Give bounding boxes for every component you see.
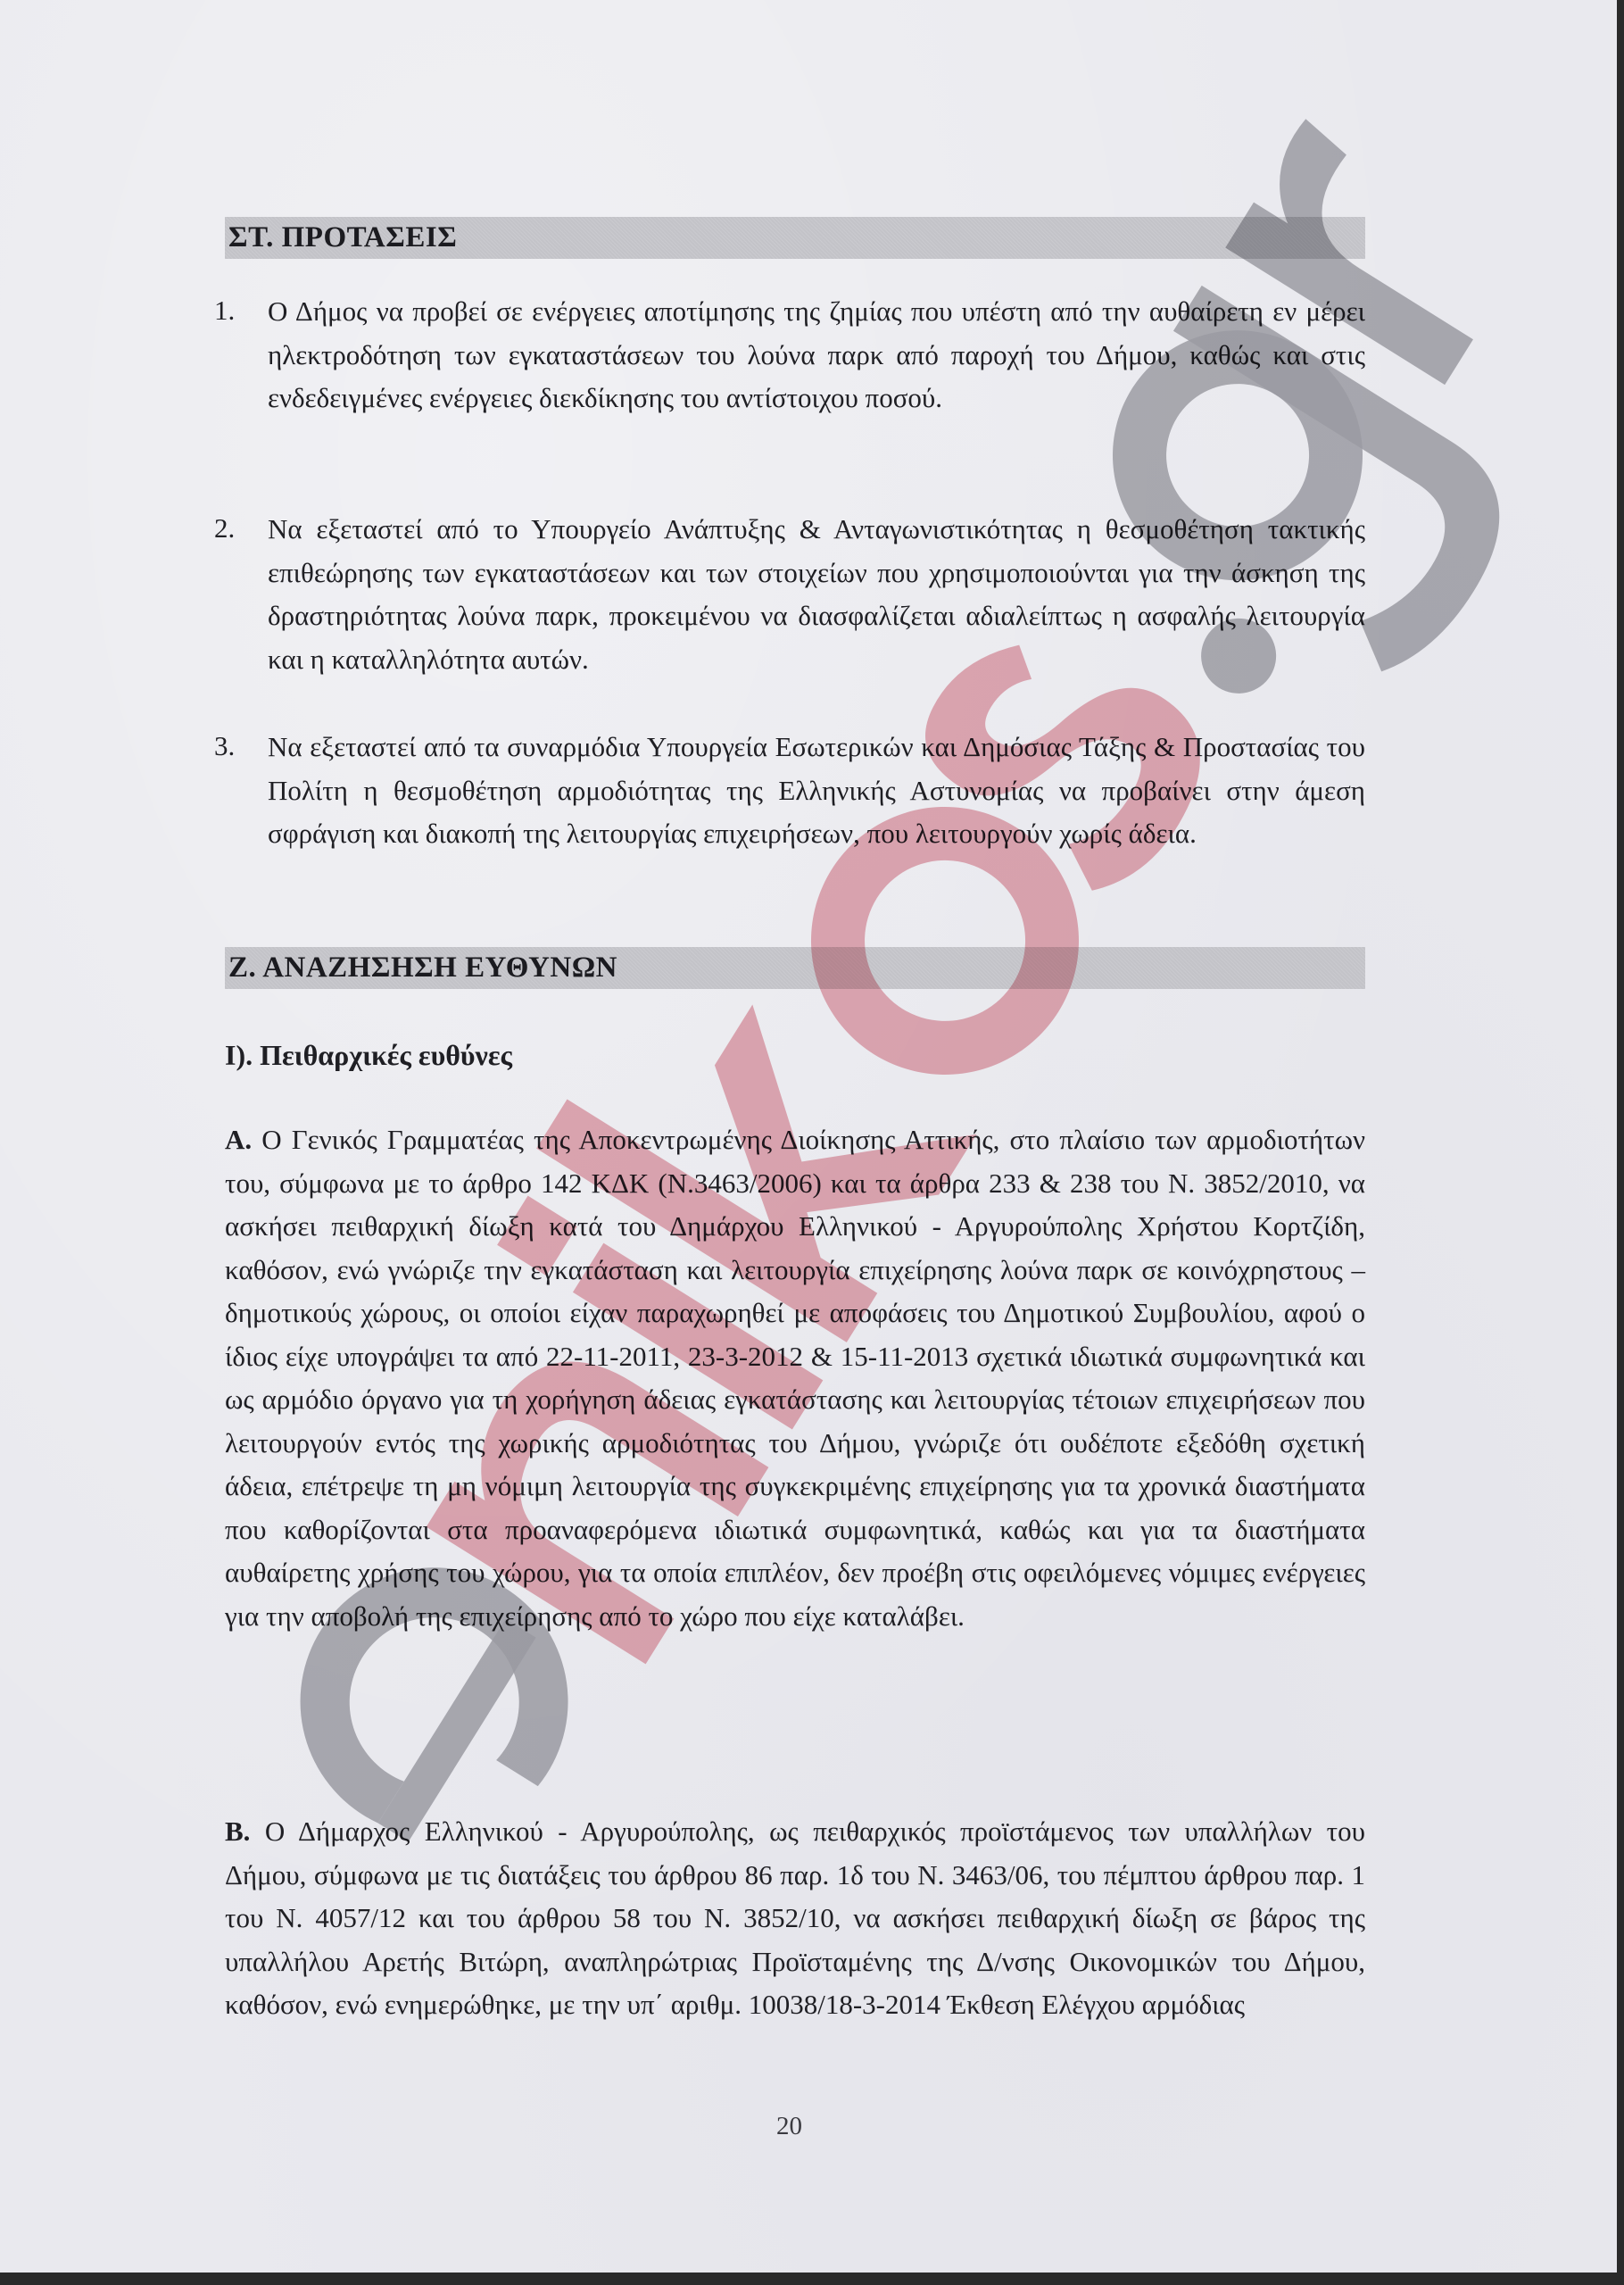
item-text: Να εξεταστεί από τα συναρμόδια Υπουργεία… bbox=[268, 726, 1365, 856]
item-number: 3. bbox=[214, 730, 235, 762]
section-title: Ζ. ΑΝΑΖΗΣΗΣΗ ΕΥΘΥΝΩΝ bbox=[228, 951, 617, 985]
subheading-disciplinary: Ι). Πειθαρχικές ευθύνες bbox=[225, 1039, 512, 1072]
paragraph-a: Α. Ο Γενικός Γραμματέας της Αποκεντρωμέν… bbox=[225, 1118, 1365, 1638]
paragraph-label: Α. bbox=[225, 1124, 252, 1155]
item-number: 2. bbox=[214, 512, 235, 544]
paragraph-label: Β. bbox=[225, 1816, 250, 1847]
item-number: 1. bbox=[214, 295, 235, 327]
paragraph-text: Ο Γενικός Γραμματέας της Αποκεντρωμένης … bbox=[225, 1124, 1365, 1632]
item-text: Ο Δήμος να προβεί σε ενέργειες αποτίμηση… bbox=[268, 290, 1365, 420]
section-title: ΣΤ. ΠΡΟΤΑΣΕΙΣ bbox=[228, 221, 457, 254]
item-text: Να εξεταστεί από το Υπουργείο Ανάπτυξης … bbox=[268, 508, 1365, 681]
page-number: 20 bbox=[776, 2112, 802, 2141]
paragraph-b: Β. Ο Δήμαρχος Ελληνικού - Αργυρούπολης, … bbox=[225, 1810, 1365, 2027]
paragraph-text: Ο Δήμαρχος Ελληνικού - Αργυρούπολης, ως … bbox=[225, 1816, 1365, 2020]
section-heading-proposals: ΣΤ. ΠΡΟΤΑΣΕΙΣ bbox=[225, 217, 1365, 259]
section-heading-responsibilities: Ζ. ΑΝΑΖΗΣΗΣΗ ΕΥΘΥΝΩΝ bbox=[225, 947, 1365, 989]
document-page: ΣΤ. ΠΡΟΤΑΣΕΙΣ 1. Ο Δήμος να προβεί σε εν… bbox=[0, 0, 1617, 2273]
